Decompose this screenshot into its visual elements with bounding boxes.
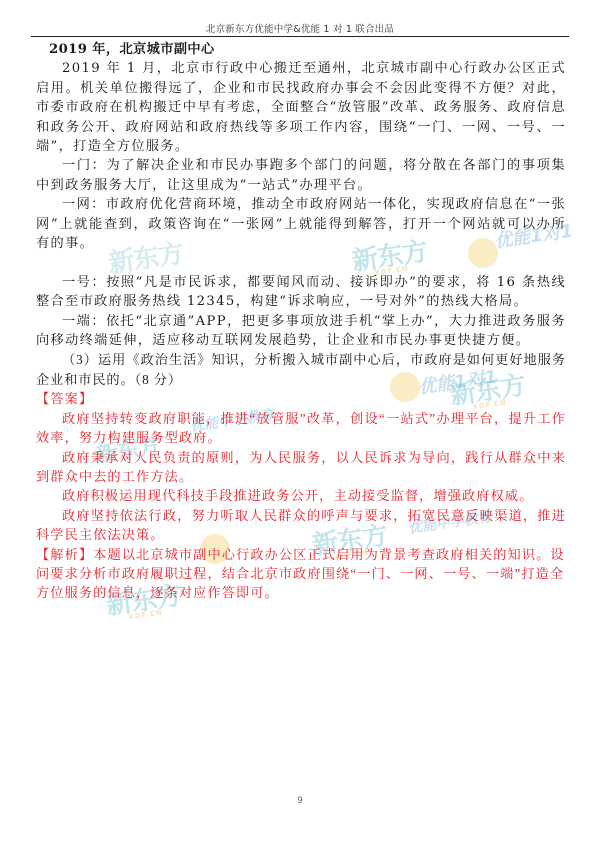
page-number: 9 bbox=[0, 796, 600, 806]
page-header: 北京新东方优能中学&优能 1 对 1 联合出品 bbox=[0, 21, 600, 35]
header-divider bbox=[31, 36, 569, 37]
yihao-paragraph: 一号：按照“凡是市民诉求，都要闻风而动、接诉即办”的要求，将 16 条热线整合至… bbox=[36, 273, 566, 312]
yimen-paragraph: 一门：为了解决企业和市民办事跑多个部门的问题，将分散在各部门的事项集中到政务服务… bbox=[36, 156, 566, 195]
document-body: 2019 年，北京城市副中心 2019 年 1 月，北京市行政中心搬迁至通州，北… bbox=[36, 40, 566, 603]
intro-paragraph: 2019 年 1 月，北京市行政中心搬迁至通州，北京城市副中心行政办公区正式启用… bbox=[36, 59, 566, 156]
section-title: 2019 年，北京城市副中心 bbox=[36, 40, 566, 59]
answer-point: 政府秉承对人民负责的原则，为人民服务，以人民诉求为导向，践行从群众中来到群众中去… bbox=[36, 448, 566, 487]
analysis-text: 本题以北京城市副中心行政办公区正式启用为背景考查政府相关的知识。设问要求分析市政… bbox=[36, 547, 565, 601]
answer-point: 政府坚持转变政府职能，推进“放管服”改革，创设“一站式”办理平台，提升工作效率，… bbox=[36, 409, 566, 448]
analysis-label: 【解析】 bbox=[36, 547, 93, 562]
answer-point: 政府坚持依法行政，努力听取人民群众的呼声与要求，拓宽民意反映渠道，推进科学民主依… bbox=[36, 506, 566, 545]
question-text: （3）运用《政治生活》知识，分析搬入城市副中心后，市政府是如何更好地服务企业和市… bbox=[36, 350, 566, 389]
analysis-block: 【解析】本题以北京城市副中心行政办公区正式启用为背景考查政府相关的知识。设问要求… bbox=[36, 545, 566, 603]
answer-point: 政府积极运用现代科技手段推进政务公开，主动接受监督，增强政府权威。 bbox=[36, 486, 566, 505]
yiduan-paragraph: 一端：依托“北京通”APP，把更多事项放进手机“掌上办”，大力推进政务服务向移动… bbox=[36, 312, 566, 351]
yiwang-paragraph: 一网：市政府优化营商环境，推动全市政府网站一体化，实现政府信息在“一张网”上就能… bbox=[36, 195, 566, 253]
answer-label: 【答案】 bbox=[36, 389, 566, 408]
